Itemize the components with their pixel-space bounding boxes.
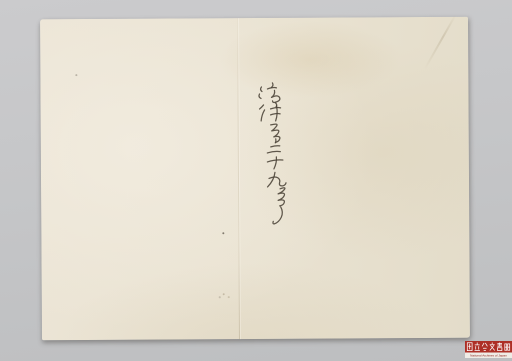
calligraphy-transcription: 法律第二十九号 — [40, 19, 41, 20]
watermark-en-text: National Archives of Japan — [470, 354, 507, 358]
paper-crease — [423, 15, 455, 70]
ink-speck — [75, 74, 77, 76]
foxing-speck — [223, 293, 225, 295]
calligraphy-vertical-text — [253, 79, 304, 229]
foxing-speck — [228, 296, 230, 298]
watermark-jp-text: 国立公文書館 — [465, 358, 466, 359]
foxing-speck — [219, 296, 221, 298]
document-page: 法律第二十九号 — [40, 17, 470, 341]
scan-background: 法律第二十九号 — [0, 0, 512, 361]
archives-watermark: National Archives of Japan 国立公文書館 — [465, 341, 512, 358]
ink-speck — [222, 232, 224, 234]
